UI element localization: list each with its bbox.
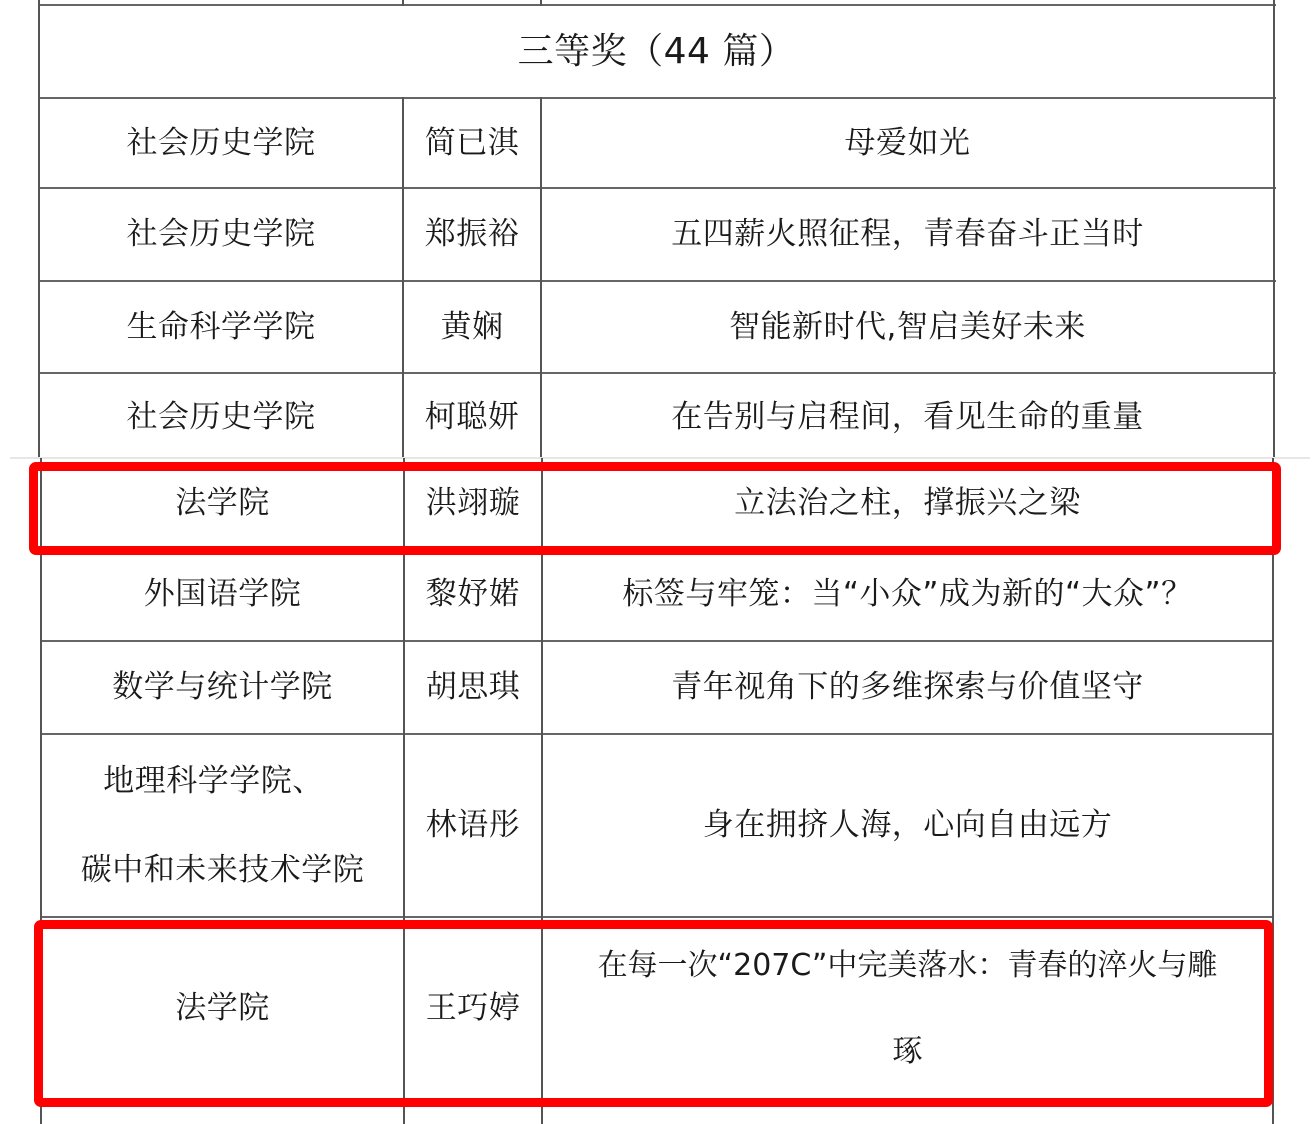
grid-line xyxy=(1273,0,1275,458)
name-cell: 黄娴 xyxy=(404,282,540,372)
name-text: 林语彤 xyxy=(426,810,521,841)
title-cell: 青年视角下的多维探索与价值坚守 xyxy=(543,642,1272,733)
college-text: 外国语学院 xyxy=(144,579,302,610)
title-text: 在告别与启程间，看见生命的重量 xyxy=(671,402,1144,433)
title-text-line-2: 琢 xyxy=(893,1037,923,1067)
grid-line xyxy=(1272,458,1274,1124)
college-text: 社会历史学院 xyxy=(127,219,316,250)
name-cell: 林语彤 xyxy=(405,735,541,916)
title-text: 五四薪火照征程，青春奋斗正当时 xyxy=(671,219,1144,250)
name-text: 郑振裕 xyxy=(425,219,520,250)
title-text: 智能新时代,智启美好未来 xyxy=(729,312,1086,343)
title-cell: 标签与牢笼：当“小众”成为新的“大众”？ xyxy=(543,549,1272,640)
grid-line xyxy=(40,1099,1274,1101)
name-text: 洪翊璇 xyxy=(426,488,521,519)
name-cell: 王巧婷 xyxy=(405,918,541,1099)
title-cell: 在告别与启程间，看见生命的重量 xyxy=(542,374,1273,460)
college-text-line-2: 碳中和未来技术学院 xyxy=(81,855,365,886)
title-cell: 智能新时代,智启美好未来 xyxy=(542,282,1273,372)
section-header: 三等奖（44 篇） xyxy=(40,6,1273,97)
title-text: 身在拥挤人海，心向自由远方 xyxy=(703,810,1113,841)
college-text: 生命科学学院 xyxy=(127,312,316,343)
name-cell: 胡思琪 xyxy=(405,642,541,733)
name-cell: 洪翊璇 xyxy=(405,460,541,547)
title-text: 母爱如光 xyxy=(845,128,971,159)
name-text: 简已淇 xyxy=(425,128,520,159)
title-cell: 在每一次“207C”中完美落水：青春的淬火与雕 琢 xyxy=(543,918,1272,1099)
college-text: 法学院 xyxy=(175,993,270,1024)
name-text: 柯聪妍 xyxy=(425,402,520,433)
section-header-text: 三等奖（44 篇） xyxy=(518,34,796,70)
title-text: 立法治之柱，撑振兴之梁 xyxy=(734,488,1081,519)
college-cell: 地理科学学院、 碳中和未来技术学院 xyxy=(42,735,403,916)
college-cell: 外国语学院 xyxy=(42,549,403,640)
name-text: 王巧婷 xyxy=(426,993,521,1024)
name-text: 黎妤婼 xyxy=(426,579,521,610)
college-cell: 法学院 xyxy=(42,460,403,547)
name-cell: 简已淇 xyxy=(404,99,540,187)
name-cell: 黎妤婼 xyxy=(405,549,541,640)
title-cell: 立法治之柱，撑振兴之梁 xyxy=(543,460,1272,547)
title-cell: 母爱如光 xyxy=(542,99,1273,187)
title-cell: 五四薪火照征程，青春奋斗正当时 xyxy=(542,189,1273,280)
title-text: 标签与牢笼：当“小众”成为新的“大众”？ xyxy=(622,579,1192,610)
college-text: 社会历史学院 xyxy=(127,402,316,433)
title-text-line-1: 在每一次“207C”中完美落水：青春的淬火与雕 xyxy=(598,951,1218,981)
title-cell: 身在拥挤人海，心向自由远方 xyxy=(543,735,1272,916)
name-text: 胡思琪 xyxy=(426,672,521,703)
college-cell: 社会历史学院 xyxy=(40,99,402,187)
college-cell: 社会历史学院 xyxy=(40,189,402,280)
college-cell: 数学与统计学院 xyxy=(42,642,403,733)
college-text-line-1: 地理科学学院、 xyxy=(103,766,342,797)
title-text: 青年视角下的多维探索与价值坚守 xyxy=(671,672,1144,703)
college-cell: 法学院 xyxy=(42,918,403,1099)
college-text: 社会历史学院 xyxy=(127,128,316,159)
college-cell: 生命科学学院 xyxy=(40,282,402,372)
name-cell: 郑振裕 xyxy=(404,189,540,280)
name-text: 黄娴 xyxy=(441,312,504,343)
name-cell: 柯聪妍 xyxy=(404,374,540,460)
college-text: 数学与统计学院 xyxy=(112,672,333,703)
college-cell: 社会历史学院 xyxy=(40,374,402,460)
college-text: 法学院 xyxy=(175,488,270,519)
